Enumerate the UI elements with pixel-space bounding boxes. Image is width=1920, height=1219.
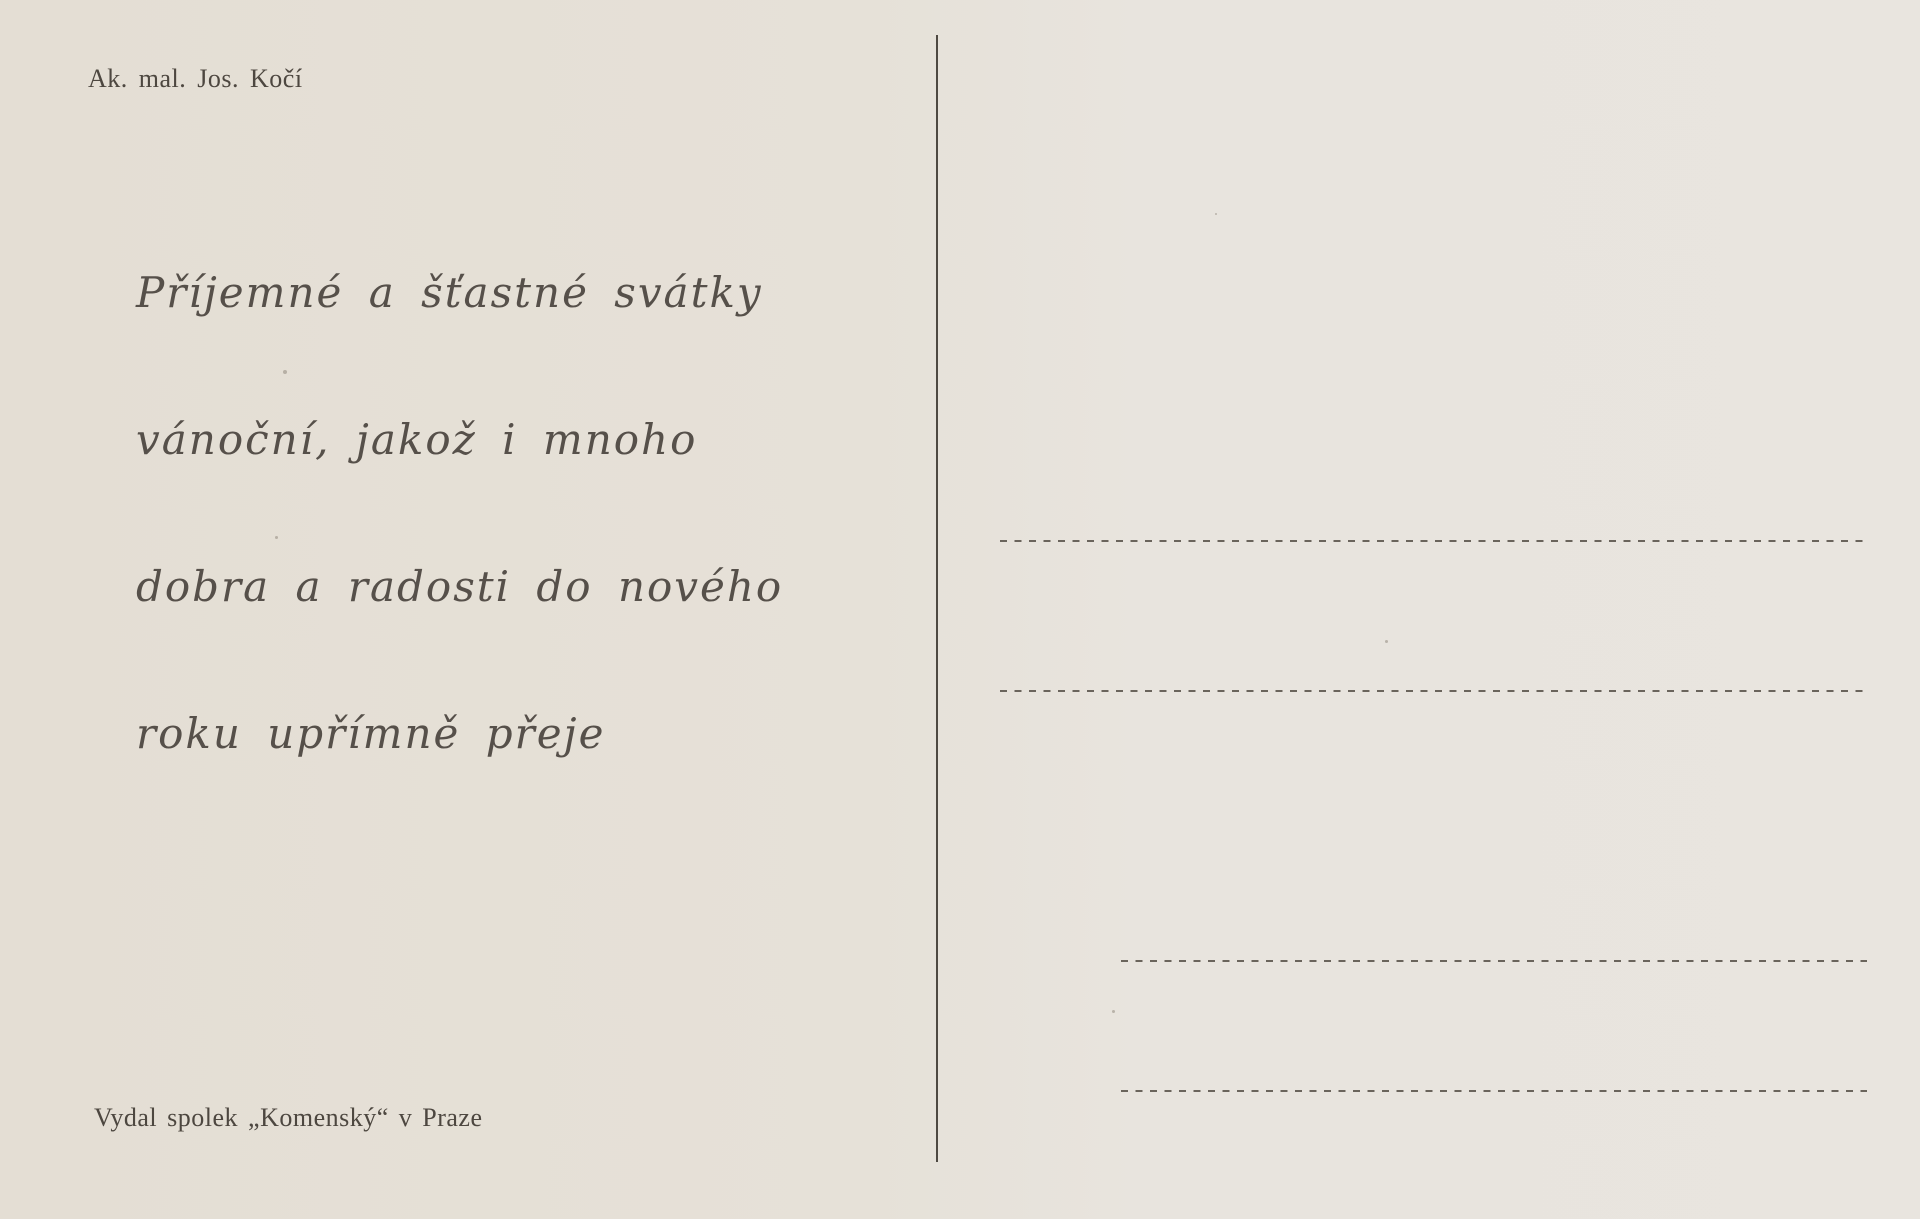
center-divider bbox=[936, 35, 938, 1162]
address-line-1 bbox=[1000, 540, 1867, 542]
greeting-line-4: roku upřímně přeje bbox=[136, 709, 605, 758]
publisher-credit: Vydal spolek „Komenský“ v Praze bbox=[94, 1103, 483, 1133]
greeting-line-2: vánoční, jakož i mnoho bbox=[136, 415, 697, 464]
greeting-line-1: Příjemné a šťastné svátky bbox=[136, 268, 763, 317]
paper-speck bbox=[275, 536, 278, 539]
address-line-3 bbox=[1121, 960, 1867, 962]
artist-credit: Ak. mal. Jos. Kočí bbox=[88, 64, 303, 94]
address-line-2 bbox=[1000, 690, 1867, 692]
paper-speck bbox=[283, 370, 287, 374]
greeting-line-3: dobra a radosti do nového bbox=[136, 562, 783, 611]
paper-speck bbox=[1215, 213, 1217, 215]
address-line-4 bbox=[1121, 1090, 1867, 1092]
paper-speck bbox=[1112, 1010, 1115, 1013]
postcard-back: Ak. mal. Jos. Kočí Příjemné a šťastné sv… bbox=[0, 0, 1920, 1219]
paper-speck bbox=[1385, 640, 1388, 643]
